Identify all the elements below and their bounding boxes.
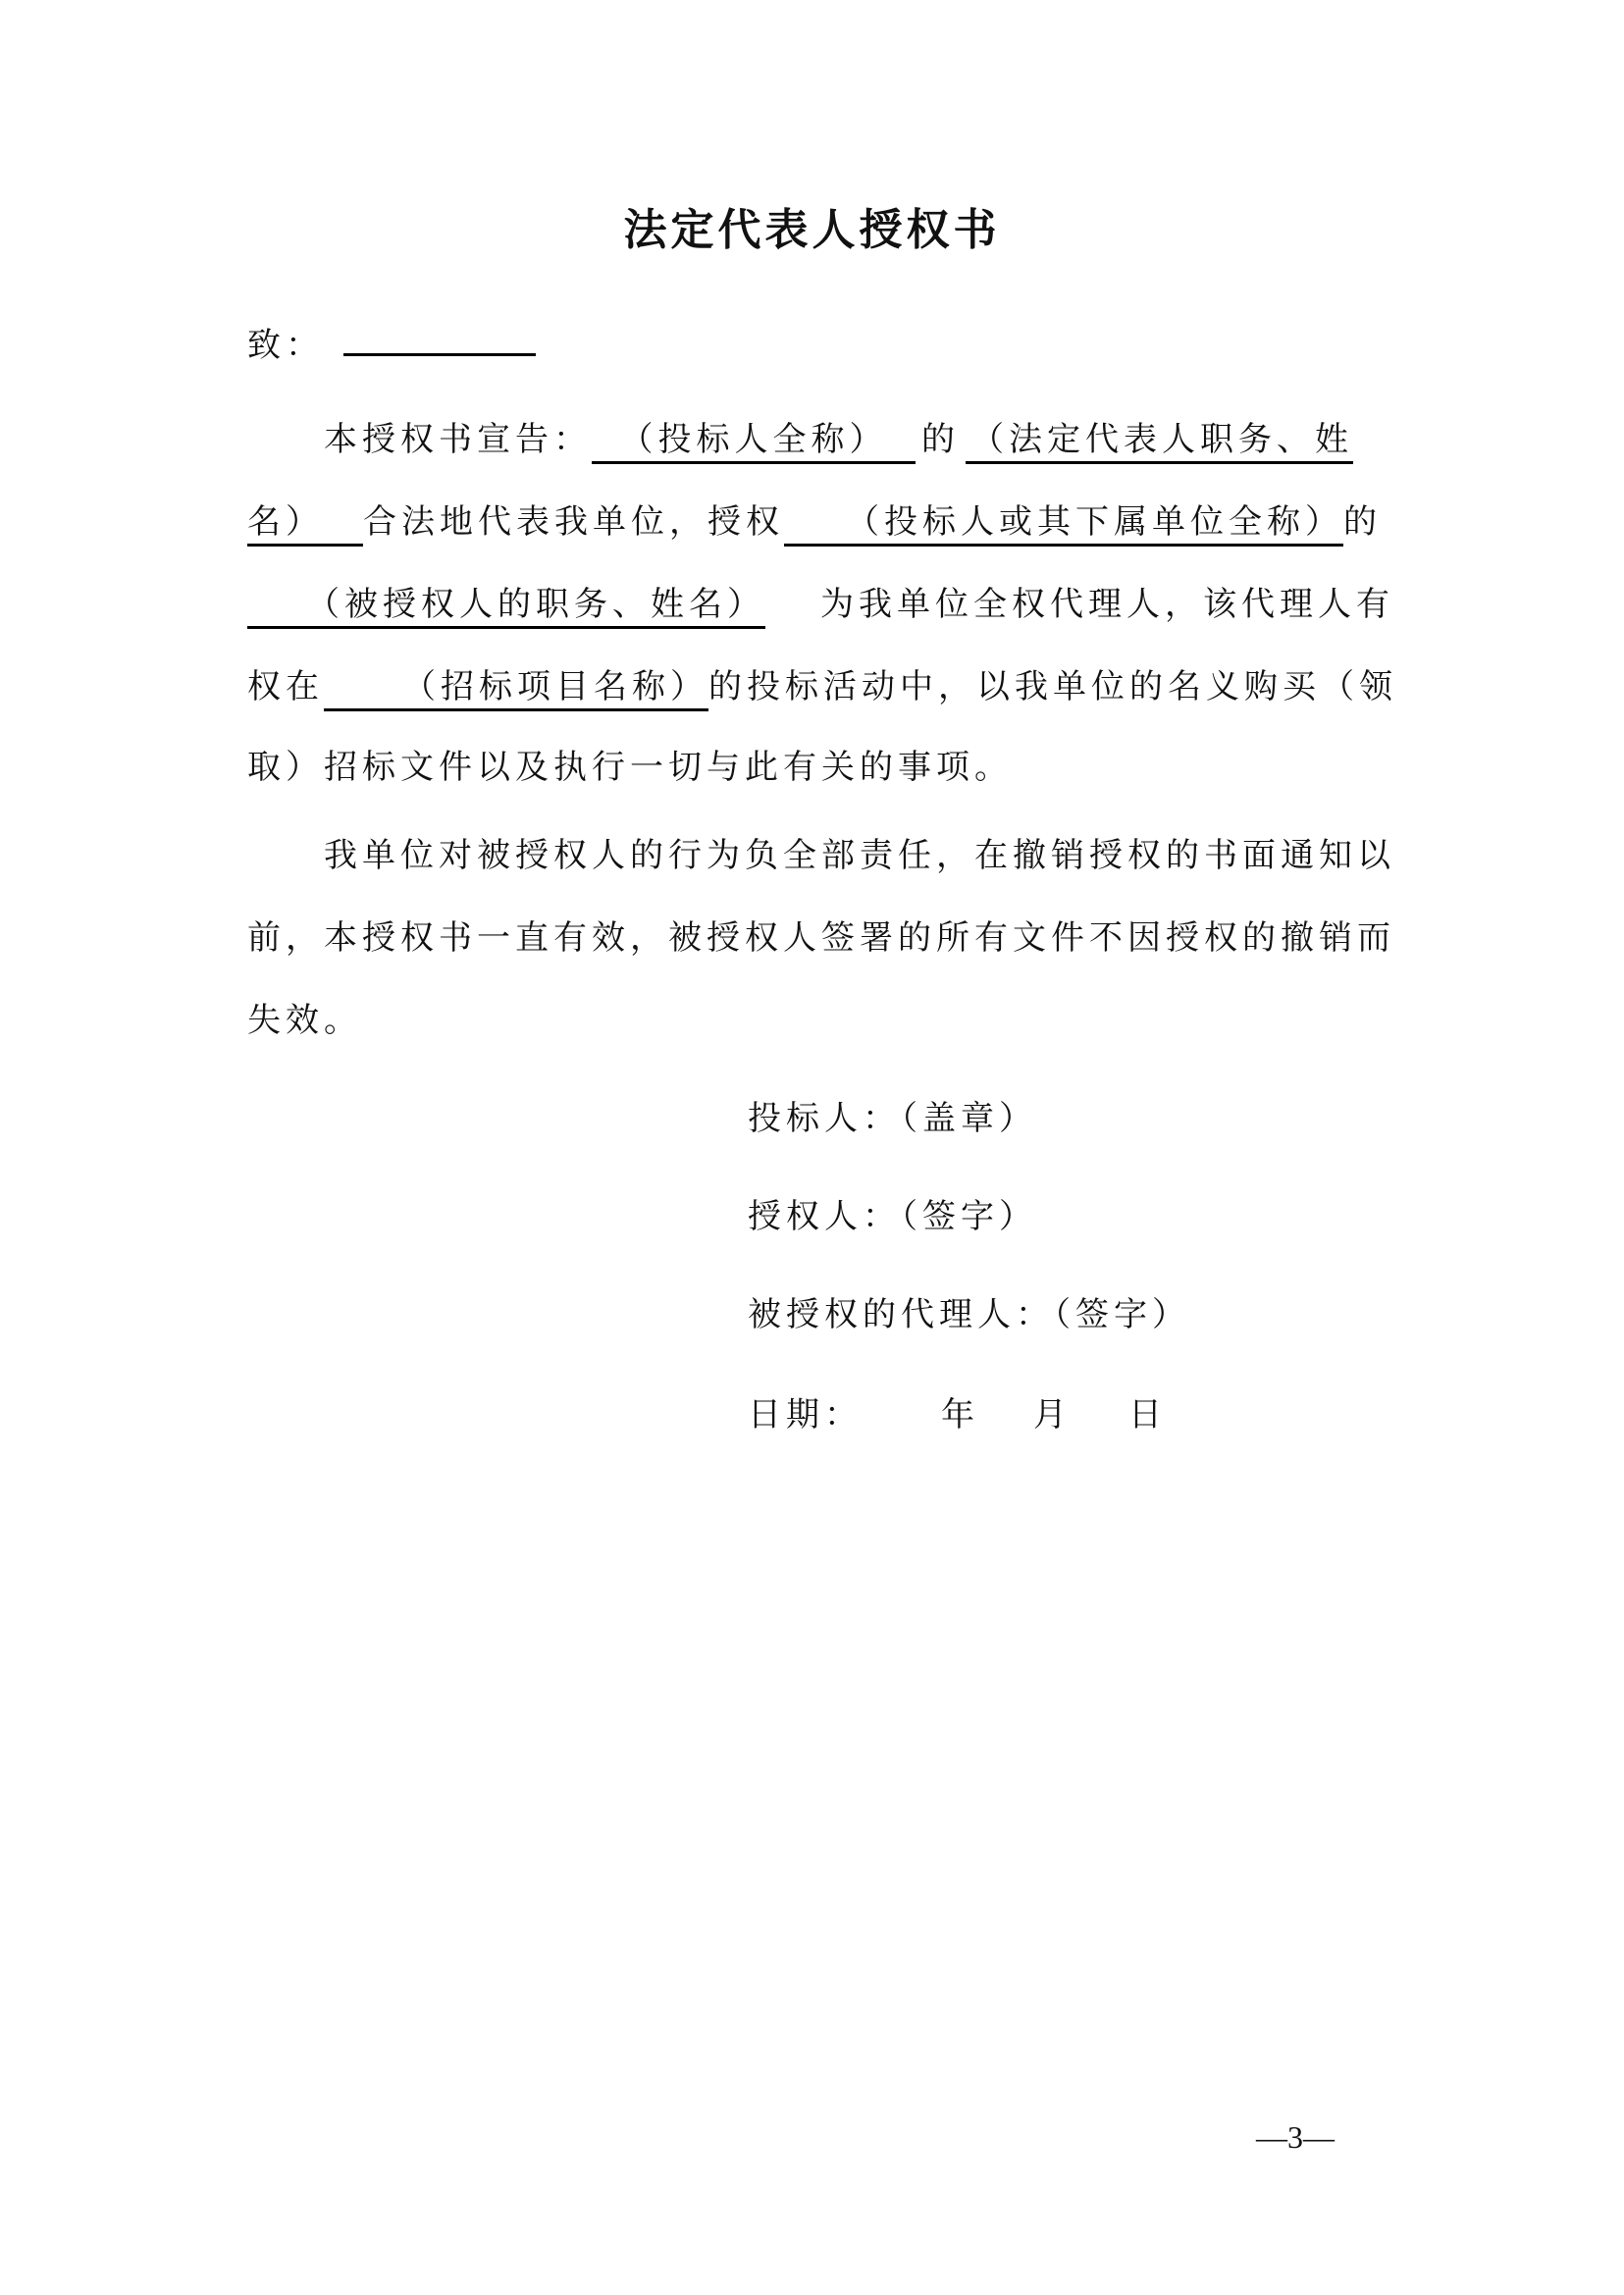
- legal-rep-blank-part1: （法定代表人职务、姓: [966, 418, 1353, 464]
- document-page: 法定代表人授权书 致： 本授权书宣告：（投标人全称）的（法定代表人职务、姓 名）…: [0, 0, 1624, 2295]
- para1-line4: 权在（招标项目名称）的投标活动中，以我单位的名义购买（领: [247, 663, 1390, 711]
- para1-de1: 的: [916, 420, 966, 459]
- para2-line3: 失效。: [247, 997, 1390, 1044]
- addressee-label: 致：: [247, 326, 324, 365]
- para1-agent-text: 为我单位全权代理人，该代理人有: [820, 585, 1394, 624]
- para2-line2-text: 前，本授权书一直有效，被授权人签署的所有文件不因授权的撤销而: [247, 918, 1395, 958]
- date-label: 日期：: [748, 1395, 863, 1434]
- date-month: 月: [1033, 1395, 1072, 1434]
- para2-line1: 我单位对被授权人的行为负全部责任，在撤销授权的书面通知以: [247, 832, 1467, 879]
- para1-activity-text: 的投标活动中，以我单位的名义购买（领: [708, 667, 1397, 706]
- project-name-blank: （招标项目名称）: [324, 665, 708, 711]
- para1-lawfully-text: 合法地代表我单位，授权: [363, 502, 784, 542]
- para1-line1: 本授权书宣告：（投标人全称）的（法定代表人职务、姓: [247, 416, 1467, 464]
- legal-rep-blank-part2: 名）: [247, 500, 363, 547]
- addressee-blank: [343, 353, 536, 356]
- date-day: 日: [1128, 1395, 1167, 1434]
- para1-de2: 的: [1343, 502, 1382, 542]
- para2-line3-text: 失效。: [247, 1001, 362, 1040]
- signature-date: 日期：年月日: [748, 1391, 1167, 1438]
- signature-authorizer: 授权人：（签字）: [748, 1193, 1037, 1240]
- para1-line5: 取）招标文件以及执行一切与此有关的事项。: [247, 744, 1390, 791]
- para1-line3: （被授权人的职务、姓名）为我单位全权代理人，该代理人有: [247, 581, 1390, 629]
- document-title: 法定代表人授权书: [0, 194, 1624, 257]
- para1-line2: 名）合法地代表我单位，授权（投标人或其下属单位全称）的: [247, 498, 1390, 547]
- para1-end-text: 取）招标文件以及执行一切与此有关的事项。: [247, 748, 1013, 787]
- bidder-full-name-blank: （投标人全称）: [592, 418, 916, 464]
- signature-agent: 被授权的代理人：（签字）: [748, 1291, 1190, 1338]
- addressee-line: 致：: [247, 322, 1390, 369]
- page-number: —3—: [1256, 2119, 1335, 2156]
- signature-bidder: 投标人：（盖章）: [748, 1095, 1037, 1142]
- para1-intro: 本授权书宣告：: [324, 420, 592, 459]
- para1-right-in-text: 权在: [247, 667, 324, 706]
- para2-line1-text: 我单位对被授权人的行为负全部责任，在撤销授权的书面通知以: [324, 836, 1395, 875]
- para2-line2: 前，本授权书一直有效，被授权人签署的所有文件不因授权的撤销而: [247, 914, 1390, 962]
- bidder-or-subsidiary-blank: （投标人或其下属单位全称）: [784, 500, 1343, 547]
- authorized-title-name-blank: （被授权人的职务、姓名）: [247, 583, 765, 629]
- date-year: 年: [941, 1395, 979, 1434]
